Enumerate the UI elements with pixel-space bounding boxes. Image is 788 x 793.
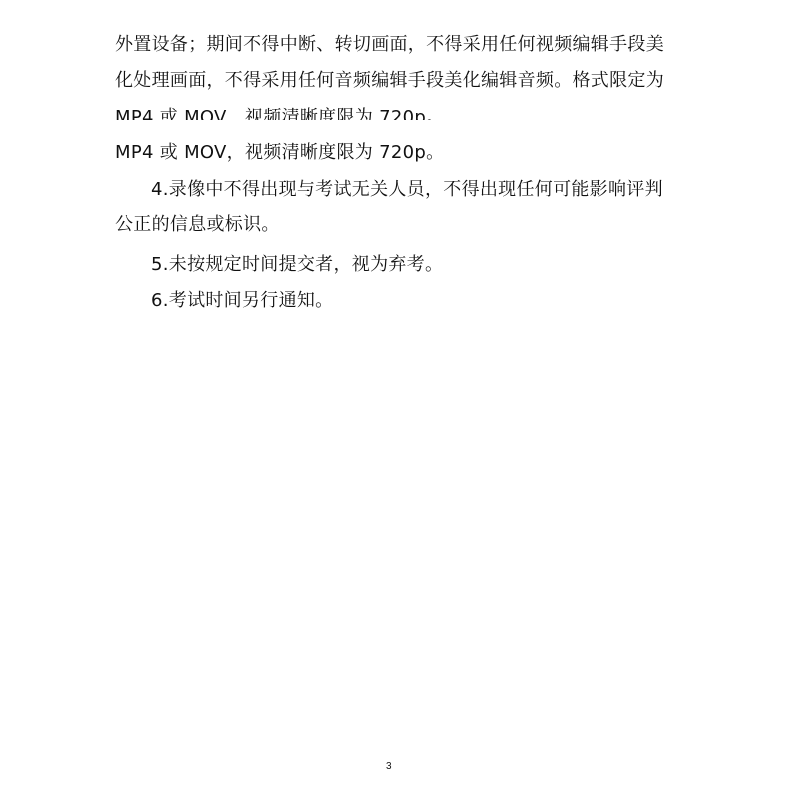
list-item-6: 6.考试时间另行通知。 xyxy=(151,289,711,313)
list-item-5: 5.未按规定时间提交者，视为弃考。 xyxy=(151,253,711,277)
paragraph-line: 化处理画面，不得采用任何音频编辑手段美化编辑音频。格式限定为 xyxy=(115,69,675,93)
document-page: 外置设备；期间不得中断、转切画面，不得采用任何视频编辑手段美 化处理画面，不得采… xyxy=(0,0,788,793)
page-number: 3 xyxy=(386,761,392,773)
list-item-4-line-2: 公正的信息或标识。 xyxy=(115,213,675,237)
paragraph-line: MP4 或 MOV，视频清晰度限为 720p。 xyxy=(115,141,675,165)
list-item-4-line-1: 4.录像中不得出现与考试无关人员，不得出现任何可能影响评判 xyxy=(151,178,711,202)
clipped-line-container: MP4 或 MOV，视频清晰度限为 720p。 xyxy=(115,104,675,120)
paragraph-line: 外置设备；期间不得中断、转切画面，不得采用任何视频编辑手段美 xyxy=(115,33,675,57)
paragraph-line-clipped: MP4 或 MOV，视频清晰度限为 720p。 xyxy=(115,106,675,120)
